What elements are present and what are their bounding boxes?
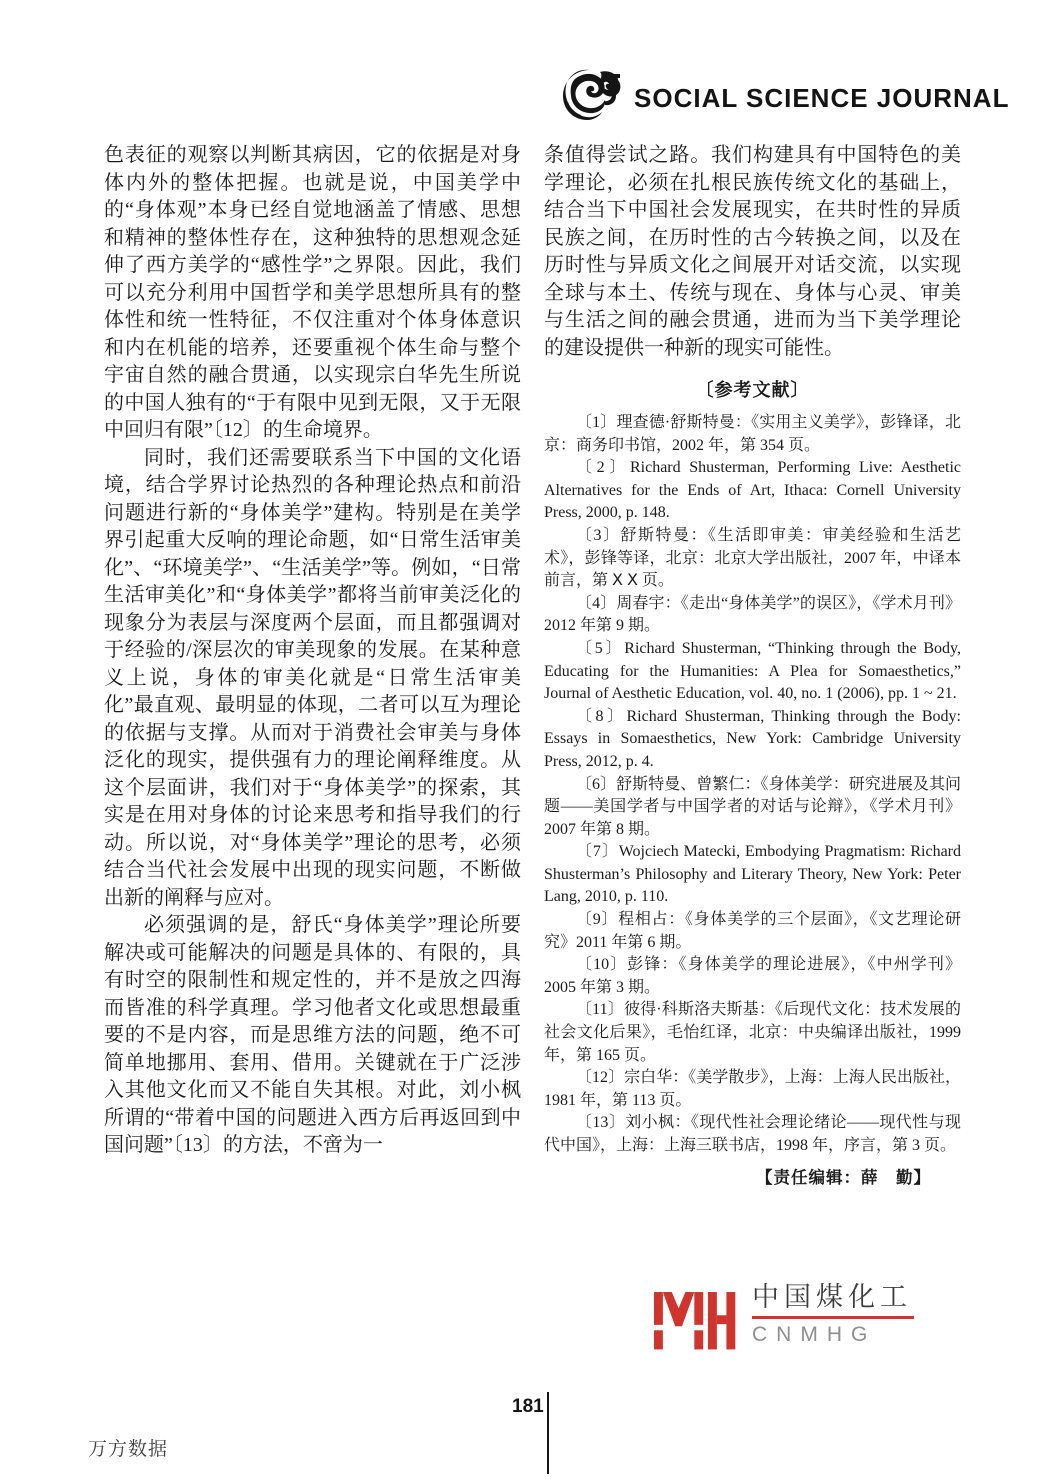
brand-text: 中国煤化工 CNMHG [752,1282,914,1348]
right-column: 条值得尝试之路。我们构建具有中国特色的美学理论，必须在扎根民族传统文化的基础上，… [544,142,961,1188]
right-column-body: 条值得尝试之路。我们构建具有中国特色的美学理论，必须在扎根民族传统文化的基础上，… [544,142,961,362]
editor-credit: 【责任编辑：薛 勤】 [544,1164,961,1188]
reference-entry: 〔12〕宗白华：《美学散步》，上海：上海人民出版社，1981 年，第 113 页… [544,1067,961,1112]
body-paragraph: 必须强调的是，舒氏“身体美学”理论所要解决或可能解决的问题是具体的、有限的，具有… [104,912,521,1160]
reference-entry: 〔1〕理查德·舒斯特曼：《实用主义美学》，彭锋译，北京：商务印书馆，2002 年… [544,412,961,457]
reference-entry: 〔8〕Richard Shusterman, Thinking through … [544,706,961,774]
reference-entry: 〔4〕周春宇：《走出“身体美学”的误区》，《学术月刊》2012 年第 9 期。 [544,593,961,638]
body-paragraph: 同时，我们还需要联系当下中国的文化语境，结合学界讨论热烈的各种理论热点和前沿问题… [104,445,521,913]
brand-name-en: CNMHG [752,1322,914,1348]
wanfang-watermark: 万方数据 [88,1434,168,1461]
reference-entry: 〔11〕彼得·科斯洛夫斯基：《后现代文化：技术发展的社会文化后果》，毛怡红译，北… [544,999,961,1067]
reference-entry: 〔5〕Richard Shusterman, “Thinking through… [544,638,961,706]
page-number: 181 [512,1396,544,1418]
page-number-rule [547,1392,549,1474]
references-list: 〔1〕理查德·舒斯特曼：《实用主义美学》，彭锋译，北京：商务印书馆，2002 年… [544,412,961,1158]
brand-logo: 中国煤化工 CNMHG [654,1282,914,1354]
dragon-seal-icon [560,66,626,124]
reference-entry: 〔9〕程相占：《身体美学的三个层面》，《文艺理论研究》2011 年第 6 期。 [544,909,961,954]
references-heading: 〔参考文献〕 [544,376,961,402]
mh-logo-icon [654,1282,736,1354]
reference-entry: 〔7〕Wojciech Matecki, Embodying Pragmatis… [544,841,961,909]
reference-entry: 〔13〕刘小枫：《现代性社会理论绪论——现代性与现代中国》，上海：上海三联书店，… [544,1112,961,1157]
journal-page: SOCIAL SCIENCE JOURNAL 色表征的观察以判断其病因，它的依据… [0,0,1053,1480]
brand-rule [752,1316,914,1319]
body-paragraph: 色表征的观察以判断其病因，它的依据是对身体内外的整体把握。也就是说，中国美学中的… [104,142,521,445]
reference-entry: 〔3〕舒斯特曼：《生活即审美：审美经验和生活艺术》，彭锋等译，北京：北京大学出版… [544,525,961,593]
brand-name-cn: 中国煤化工 [752,1282,914,1312]
body-paragraph: 条值得尝试之路。我们构建具有中国特色的美学理论，必须在扎根民族传统文化的基础上，… [544,142,961,362]
journal-title: SOCIAL SCIENCE JOURNAL [634,77,1009,114]
left-column: 色表征的观察以判断其病因，它的依据是对身体内外的整体把握。也就是说，中国美学中的… [104,142,521,1160]
journal-header: SOCIAL SCIENCE JOURNAL [560,66,1009,124]
reference-entry: 〔10〕彭锋：《身体美学的理论进展》，《中州学刊》2005 年第 3 期。 [544,954,961,999]
reference-entry: 〔6〕舒斯特曼、曾繁仁：《身体美学：研究进展及其问题——美国学者与中国学者的对话… [544,774,961,842]
reference-entry: 〔2〕Richard Shusterman, Performing Live: … [544,457,961,525]
